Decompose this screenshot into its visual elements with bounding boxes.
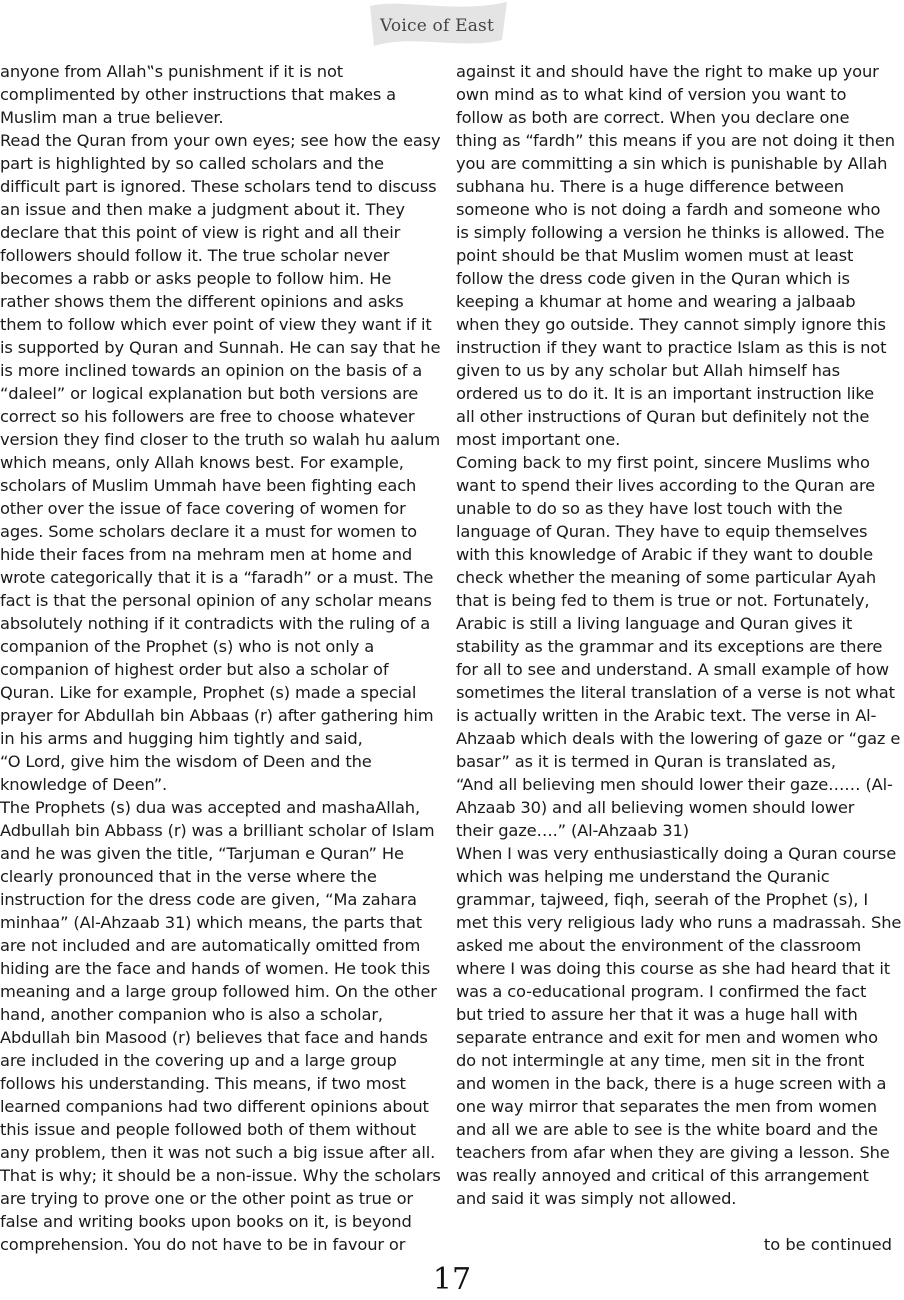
text-line: Quran. Like for example, Prophet (s) mad…	[0, 681, 446, 704]
text-line: separate entrance and exit for men and w…	[456, 1026, 902, 1049]
text-line: followers should follow it. The true sch…	[0, 244, 446, 267]
text-line: correct so his followers are free to cho…	[0, 405, 446, 428]
text-line: asked me about the environment of the cl…	[456, 934, 902, 957]
text-line: Ahzaab which deals with the lowering of …	[456, 727, 902, 750]
text-line: for all to see and understand. A small e…	[456, 658, 902, 681]
text-line: someone who is not doing a fardh and som…	[456, 198, 902, 221]
left-column: anyone from Allah‟s punishment if it is …	[0, 60, 446, 1256]
text-line: hand, another companion who is also a sc…	[0, 1003, 446, 1026]
text-line: in his arms and hugging him tightly and …	[0, 727, 446, 750]
text-line: part is highlighted by so called scholar…	[0, 152, 446, 175]
text-line: given to us by any scholar but Allah him…	[456, 359, 902, 382]
text-line: scholars of Muslim Ummah have been fight…	[0, 474, 446, 497]
text-line: companion of the Prophet (s) who is not …	[0, 635, 446, 658]
text-line: Arabic is still a living language and Qu…	[456, 612, 902, 635]
text-line: follows his understanding. This means, i…	[0, 1072, 446, 1095]
page-number: 17	[0, 1262, 904, 1297]
text-line: other over the issue of face covering of…	[0, 497, 446, 520]
text-line: follow the dress code given in the Quran…	[456, 267, 902, 290]
text-line: was a co-educational program. I confirme…	[456, 980, 902, 1003]
text-line: one way mirror that separates the men fr…	[456, 1095, 902, 1118]
text-line: most important one.	[456, 428, 902, 451]
text-line: knowledge of Deen”.	[0, 773, 446, 796]
text-line: which means, only Allah knows best. For …	[0, 451, 446, 474]
text-line: their gaze….” (Al-Ahzaab 31)	[456, 819, 902, 842]
text-line: that is being fed to them is true or not…	[456, 589, 902, 612]
text-line: language of Quran. They have to equip th…	[456, 520, 902, 543]
text-line: which was helping me understand the Qura…	[456, 865, 902, 888]
text-line: teachers from afar when they are giving …	[456, 1141, 902, 1164]
text-line: learned companions had two different opi…	[0, 1095, 446, 1118]
text-line: When I was very enthusiastically doing a…	[456, 842, 902, 865]
text-line: grammar, tajweed, fiqh, seerah of the Pr…	[456, 888, 902, 911]
text-line: instruction for the dress code are given…	[0, 888, 446, 911]
text-line: instruction if they want to practice Isl…	[456, 336, 902, 359]
text-line: minhaa” (Al-Ahzaab 31) which means, the …	[0, 911, 446, 934]
text-line: clearly pronounced that in the verse whe…	[0, 865, 446, 888]
text-line: own mind as to what kind of version you …	[456, 83, 902, 106]
text-line: wrote categorically that it is a “faradh…	[0, 566, 446, 589]
text-line: do not intermingle at any time, men sit …	[456, 1049, 902, 1072]
text-line: and he was given the title, “Tarjuman e …	[0, 842, 446, 865]
text-line: and women in the back, there is a huge s…	[456, 1072, 902, 1095]
text-line: The Prophets (s) dua was accepted and ma…	[0, 796, 446, 819]
text-line: are trying to prove one or the other poi…	[0, 1187, 446, 1210]
text-line: was really annoyed and critical of this …	[456, 1164, 902, 1187]
text-line: companion of highest order but also a sc…	[0, 658, 446, 681]
text-line: stability as the grammar and its excepti…	[456, 635, 902, 658]
text-line: Ahzaab 30) and all believing women shoul…	[456, 796, 902, 819]
text-line: are included in the covering up and a la…	[0, 1049, 446, 1072]
text-line: prayer for Abdullah bin Abbaas (r) after…	[0, 704, 446, 727]
text-line: any problem, then it was not such a big …	[0, 1141, 446, 1164]
text-line: declare that this point of view is right…	[0, 221, 446, 244]
magazine-title: Voice of East	[362, 16, 512, 36]
text-line: when they go outside. They cannot simply…	[456, 313, 902, 336]
text-line: and all we are able to see is the white …	[456, 1118, 902, 1141]
text-line: fact is that the personal opinion of any…	[0, 589, 446, 612]
text-line: That is why; it should be a non-issue. W…	[0, 1164, 446, 1187]
text-line: this issue and people followed both of t…	[0, 1118, 446, 1141]
text-line: comprehension. You do not have to be in …	[0, 1233, 446, 1256]
right-column: against it and should have the right to …	[456, 60, 902, 1210]
text-line: subhana hu. There is a huge difference b…	[456, 175, 902, 198]
text-line: them to follow which ever point of view …	[0, 313, 446, 336]
text-line: basar” as it is termed in Quran is trans…	[456, 750, 902, 773]
text-line: are not included and are automatically o…	[0, 934, 446, 957]
text-line: ages. Some scholars declare it a must fo…	[0, 520, 446, 543]
text-line: “daleel” or logical explanation but both…	[0, 382, 446, 405]
text-line: but tried to assure her that it was a hu…	[456, 1003, 902, 1026]
text-line: all other instructions of Quran but defi…	[456, 405, 902, 428]
text-line: version they find closer to the truth so…	[0, 428, 446, 451]
text-line: keeping a khumar at home and wearing a j…	[456, 290, 902, 313]
text-line: check whether the meaning of some partic…	[456, 566, 902, 589]
text-line: you are committing a sin which is punish…	[456, 152, 902, 175]
text-line: and said it was simply not allowed.	[456, 1187, 902, 1210]
text-line: rather shows them the different opinions…	[0, 290, 446, 313]
text-line: unable to do so as they have lost touch …	[456, 497, 902, 520]
text-line: an issue and then make a judgment about …	[0, 198, 446, 221]
text-line: hiding are the face and hands of women. …	[0, 957, 446, 980]
magazine-banner: Voice of East	[362, 0, 512, 50]
text-line: meaning and a large group followed him. …	[0, 980, 446, 1003]
text-line: met this very religious lady who runs a …	[456, 911, 902, 934]
text-line: ordered us to do it. It is an important …	[456, 382, 902, 405]
text-line: with this knowledge of Arabic if they wa…	[456, 543, 902, 566]
text-line: point should be that Muslim women must a…	[456, 244, 902, 267]
text-line: is more inclined towards an opinion on t…	[0, 359, 446, 382]
text-line: Coming back to my first point, sincere M…	[456, 451, 902, 474]
text-line: absolutely nothing if it contradicts wit…	[0, 612, 446, 635]
text-line: hide their faces from na mehram men at h…	[0, 543, 446, 566]
text-line: Abdullah bin Masood (r) believes that fa…	[0, 1026, 446, 1049]
text-line: Muslim man a true believer.	[0, 106, 446, 129]
text-line: Adbullah bin Abbass (r) was a brilliant …	[0, 819, 446, 842]
text-line: is supported by Quran and Sunnah. He can…	[0, 336, 446, 359]
text-line: false and writing books upon books on it…	[0, 1210, 446, 1233]
text-line: “And all believing men should lower thei…	[456, 773, 902, 796]
text-line: sometimes the literal translation of a v…	[456, 681, 902, 704]
text-line: difficult part is ignored. These scholar…	[0, 175, 446, 198]
text-line: “O Lord, give him the wisdom of Deen and…	[0, 750, 446, 773]
text-line: is simply following a version he thinks …	[456, 221, 902, 244]
to-be-continued-label: to be continued	[764, 1233, 892, 1256]
text-line: want to spend their lives according to t…	[456, 474, 902, 497]
text-line: Read the Quran from your own eyes; see h…	[0, 129, 446, 152]
text-line: anyone from Allah‟s punishment if it is …	[0, 60, 446, 83]
text-line: complimented by other instructions that …	[0, 83, 446, 106]
text-line: thing as “fardh” this means if you are n…	[456, 129, 902, 152]
text-line: against it and should have the right to …	[456, 60, 902, 83]
text-line: becomes a rabb or asks people to follow …	[0, 267, 446, 290]
text-line: follow as both are correct. When you dec…	[456, 106, 902, 129]
text-line: is actually written in the Arabic text. …	[456, 704, 902, 727]
text-line: where I was doing this course as she had…	[456, 957, 902, 980]
